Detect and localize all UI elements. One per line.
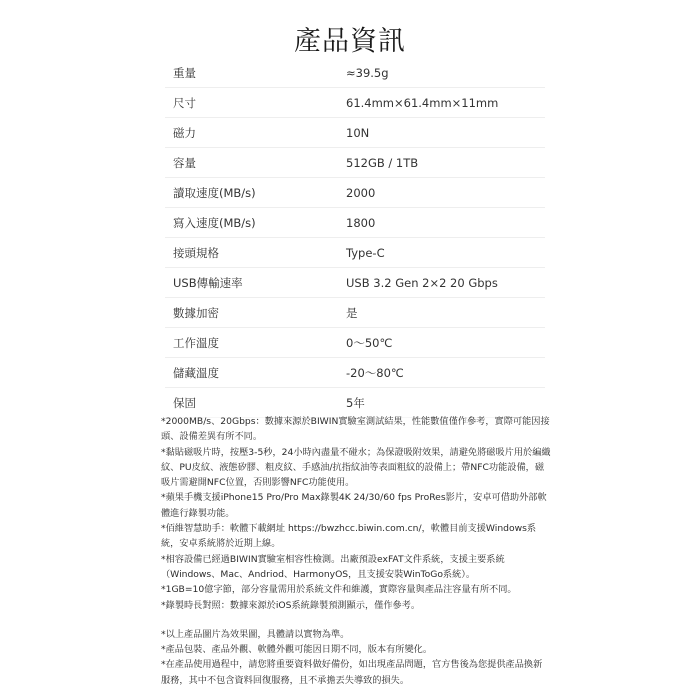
spec-label: 讀取速度(MB/s) bbox=[165, 185, 346, 201]
spec-value: 1800 bbox=[346, 216, 545, 230]
spec-label: 尺寸 bbox=[165, 95, 346, 111]
spec-table: 重量 ≈39.5g 尺寸 61.4mm×61.4mm×11mm 磁力 10N 容… bbox=[165, 58, 545, 418]
spec-value: 10N bbox=[346, 126, 545, 140]
spec-value: USB 3.2 Gen 2×2 20 Gbps bbox=[346, 276, 545, 290]
footnote-capacity: *1GB=10億字節，部分容量需用於系統文件和維護，實際容量與產品注容量有所不同… bbox=[161, 582, 551, 597]
spec-label: 磁力 bbox=[165, 125, 346, 141]
spec-row-dimensions: 尺寸 61.4mm×61.4mm×11mm bbox=[165, 88, 545, 118]
spec-label: 接頭規格 bbox=[165, 245, 346, 261]
footnote-packaging: *產品包裝、產品外觀、軟體外觀可能因日期不同，版本有所變化。 bbox=[161, 642, 551, 657]
spec-row-usb-rate: USB傳輸速率 USB 3.2 Gen 2×2 20 Gbps bbox=[165, 268, 545, 298]
spec-label: 工作溫度 bbox=[165, 335, 346, 351]
spec-value: ≈39.5g bbox=[346, 66, 545, 80]
spec-label: 數據加密 bbox=[165, 305, 346, 321]
spec-label: 容量 bbox=[165, 155, 346, 171]
spec-row-operating-temp: 工作溫度 0～50℃ bbox=[165, 328, 545, 358]
footnotes: *2000MB/s、20Gbps：數據來源於BIWIN實驗室測試結果，性能數值僅… bbox=[161, 414, 551, 688]
spec-row-connector: 接頭規格 Type-C bbox=[165, 238, 545, 268]
spec-row-storage-temp: 儲藏溫度 -20～80℃ bbox=[165, 358, 545, 388]
spec-value: 2000 bbox=[346, 186, 545, 200]
spec-value: 61.4mm×61.4mm×11mm bbox=[346, 96, 545, 110]
spec-label: 儲藏溫度 bbox=[165, 365, 346, 381]
spec-row-encryption: 數據加密 是 bbox=[165, 298, 545, 328]
spec-label: USB傳輸速率 bbox=[165, 275, 346, 291]
spec-label: 重量 bbox=[165, 65, 346, 81]
spec-label: 保固 bbox=[165, 395, 346, 411]
spec-label: 寫入速度(MB/s) bbox=[165, 215, 346, 231]
notes-spacer bbox=[161, 613, 551, 627]
footnote-iphone-prores: *蘋果手機支援iPhone15 Pro/Pro Max錄製4K 24/30/60… bbox=[161, 490, 551, 521]
spec-row-capacity: 容量 512GB / 1TB bbox=[165, 148, 545, 178]
footnote-performance: *2000MB/s、20Gbps：數據來源於BIWIN實驗室測試結果，性能數值僅… bbox=[161, 414, 551, 445]
spec-value: 是 bbox=[346, 305, 545, 321]
spec-row-magnetic-force: 磁力 10N bbox=[165, 118, 545, 148]
spec-row-read-speed: 讀取速度(MB/s) 2000 bbox=[165, 178, 545, 208]
footnote-compatibility: *相容設備已經過BIWIN實驗室相容性檢測。出廠預設exFAT文件系統，支援主要… bbox=[161, 552, 551, 583]
spec-row-weight: 重量 ≈39.5g bbox=[165, 58, 545, 88]
spec-value: 5年 bbox=[346, 395, 545, 411]
footnote-backup: *在產品使用過程中，請您將重要資料做好備份，如出現產品問題，官方售後為您提供產品… bbox=[161, 657, 551, 688]
footnote-recording-time: *錄製時長對照：數據來源於iOS系統錄製預測顯示，僅作參考。 bbox=[161, 598, 551, 613]
spec-row-write-speed: 寫入速度(MB/s) 1800 bbox=[165, 208, 545, 238]
spec-value: 512GB / 1TB bbox=[346, 156, 545, 170]
footnote-images: *以上產品圖片為效果圖，具體請以實物為準。 bbox=[161, 627, 551, 642]
spec-value: Type-C bbox=[346, 246, 545, 260]
spec-value: 0～50℃ bbox=[346, 335, 545, 351]
page-title: 產品資訊 bbox=[0, 24, 700, 60]
footnote-smart-assistant: *佰維智慧助手：軟體下載網址 https://bwzhcc.biwin.com.… bbox=[161, 521, 551, 552]
spec-value: -20～80℃ bbox=[346, 365, 545, 381]
footnote-magnet-usage: *黏貼磁吸片時，按壓3-5秒，24小時內盡量不碰水；為保證吸附效果，請避免將磁吸… bbox=[161, 445, 551, 491]
